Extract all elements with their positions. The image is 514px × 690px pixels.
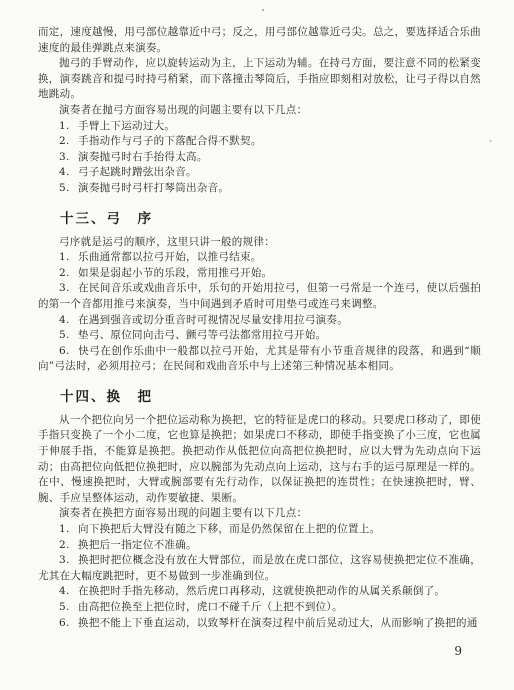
- list-item: 1.乐曲通常都以拉弓开始，以推弓结束。: [38, 250, 481, 266]
- list-item: 4.在换把时手指先移动，然后虎口再移动，这就使换把动作的从属关系颠倒了。: [38, 584, 481, 600]
- list-item-text: 换把不能上下垂直运动，以致琴杆在演奏过程中前后晃动过大，从而影响了换把的通: [78, 617, 478, 629]
- list-item-text: 垫弓、原位同向击弓、颤弓等弓法都常用拉弓开始。: [78, 329, 326, 341]
- list-item: 3.在民间音乐或戏曲音乐中，乐句的开始用拉弓，但第一弓常是一个连弓，使以后强拍的…: [38, 281, 481, 312]
- list-item-text: 换把后一指定位不准确。: [78, 539, 197, 551]
- list-item: 5.垫弓、原位同向击弓、颤弓等弓法都常用拉弓开始。: [38, 328, 481, 344]
- list-item-number: 6.: [59, 617, 70, 629]
- page-content: 而定，速度越慢，用弓部位越靠近中弓；反之，用弓部位越靠近弓尖。总之，要选择适合乐…: [38, 25, 481, 631]
- list-item-number: 5.: [59, 182, 70, 194]
- list-item-number: 4.: [59, 585, 70, 597]
- list-item: 1.向下换把后大臂没有随之下移，而是仍然保留在上把的位置上。: [38, 522, 481, 538]
- list-item-text: 向下换把后大臂没有随之下移，而是仍然保留在上把的位置上。: [78, 523, 380, 535]
- list-item-number: 4.: [59, 166, 70, 178]
- list-item-number: 3.: [59, 554, 70, 566]
- list-item-number: 5.: [59, 329, 70, 341]
- list-item-text: 在民间音乐或戏曲音乐中，乐句的开始用拉弓，但第一弓常是一个连弓，使以后强拍的第一…: [38, 282, 481, 310]
- body-paragraph: 弓序就是运弓的顺序，这里只讲一般的规律：: [38, 235, 481, 251]
- list-item: 4.在遇到强音或切分重音时可视情况尽量安排用拉弓演奏。: [38, 313, 481, 329]
- list-item-text: 弓子起跳时蹭弦出杂音。: [78, 166, 197, 178]
- list-item: 6.换把不能上下垂直运动，以致琴杆在演奏过程中前后晃动过大，从而影响了换把的通: [38, 616, 481, 632]
- list-item: 5.由高把位换至上把位时，虎口不碰千斤（上把不到位）。: [38, 600, 481, 616]
- list-item-number: 2.: [59, 135, 70, 147]
- list-item-text: 演奏抛弓时右手抬得太高。: [78, 151, 208, 163]
- document-page: 而定，速度越慢，用弓部位越靠近中弓；反之，用弓部位越靠近弓尖。总之，要选择适合乐…: [0, 0, 514, 690]
- list-item-text: 乐曲通常都以拉弓开始，以推弓结束。: [78, 251, 262, 263]
- list-item-text: 快弓在创作乐曲中一般都以拉弓开始，尤其是带有小节重音规律的段落，和遇到“顺向”弓…: [38, 345, 481, 373]
- list-item-text: 在换把时手指先移动，然后虎口再移动，这就使换把动作的从属关系颠倒了。: [78, 585, 445, 597]
- list-item-number: 1.: [59, 120, 70, 132]
- list-item: 6.快弓在创作乐曲中一般都以拉弓开始，尤其是带有小节重音规律的段落，和遇到“顺向…: [38, 344, 481, 375]
- list-item-text: 在遇到强音或切分重音时可视情况尽量安排用拉弓演奏。: [78, 314, 348, 326]
- list-item-number: 3.: [59, 282, 70, 294]
- list-item: 3.换把时把位概念没有放在大臂部位，而是放在虎口部位，这容易使换把定位不准确，尤…: [38, 553, 481, 584]
- list-item-text: 手臂上下运动过大。: [78, 120, 175, 132]
- list-item-number: 6.: [59, 345, 70, 357]
- section-heading: 十四、换 把: [38, 385, 481, 405]
- list-item: 3.演奏抛弓时右手抬得太高。: [38, 150, 481, 166]
- body-paragraph: 演奏者在换把方面容易出现的问题主要有以下几点：: [38, 506, 481, 522]
- section-heading: 十三、弓 序: [38, 207, 481, 227]
- body-paragraph: 抛弓的手臂动作，应以旋转运动为主，上下运动为辅。在持弓方面，要注意不同的松紧变换…: [38, 56, 481, 103]
- list-item-number: 1.: [59, 523, 70, 535]
- scan-speck: [489, 140, 492, 142]
- list-item: 4.弓子起跳时蹭弦出杂音。: [38, 165, 481, 181]
- list-item: 1.手臂上下运动过大。: [38, 119, 481, 135]
- body-paragraph: 从一个把位向另一个把位运动称为换把，它的特征是虎口的移动。只要虎口移动了，即使手…: [38, 413, 481, 507]
- list-item: 2.手指动作与弓子的下落配合得不默契。: [38, 134, 481, 150]
- list-item-text: 换把时把位概念没有放在大臂部位，而是放在虎口部位，这容易使换把定位不准确，尤其在…: [38, 554, 481, 582]
- body-paragraph: 而定，速度越慢，用弓部位越靠近中弓；反之，用弓部位越靠近弓尖。总之，要选择适合乐…: [38, 25, 481, 56]
- scan-speck: [262, 9, 264, 11]
- list-item-text: 如果是弱起小节的乐段，常用推弓开始。: [78, 267, 272, 279]
- list-item-number: 2.: [59, 267, 70, 279]
- list-item-number: 4.: [59, 314, 70, 326]
- list-item-number: 5.: [59, 601, 70, 613]
- list-item: 2.换把后一指定位不准确。: [38, 538, 481, 554]
- list-item-number: 3.: [59, 151, 70, 163]
- list-item-text: 演奏抛弓时弓杆打琴筒出杂音。: [78, 182, 229, 194]
- list-item-text: 手指动作与弓子的下落配合得不默契。: [78, 135, 262, 147]
- list-item-number: 1.: [59, 251, 70, 263]
- list-item: 2.如果是弱起小节的乐段，常用推弓开始。: [38, 266, 481, 282]
- body-paragraph: 演奏者在抛弓方面容易出现的问题主要有以下几点：: [38, 103, 481, 119]
- page-number: 9: [454, 644, 462, 658]
- list-item-text: 由高把位换至上把位时，虎口不碰千斤（上把不到位）。: [78, 601, 343, 613]
- list-item: 5.演奏抛弓时弓杆打琴筒出杂音。: [38, 181, 481, 197]
- list-item-number: 2.: [59, 539, 70, 551]
